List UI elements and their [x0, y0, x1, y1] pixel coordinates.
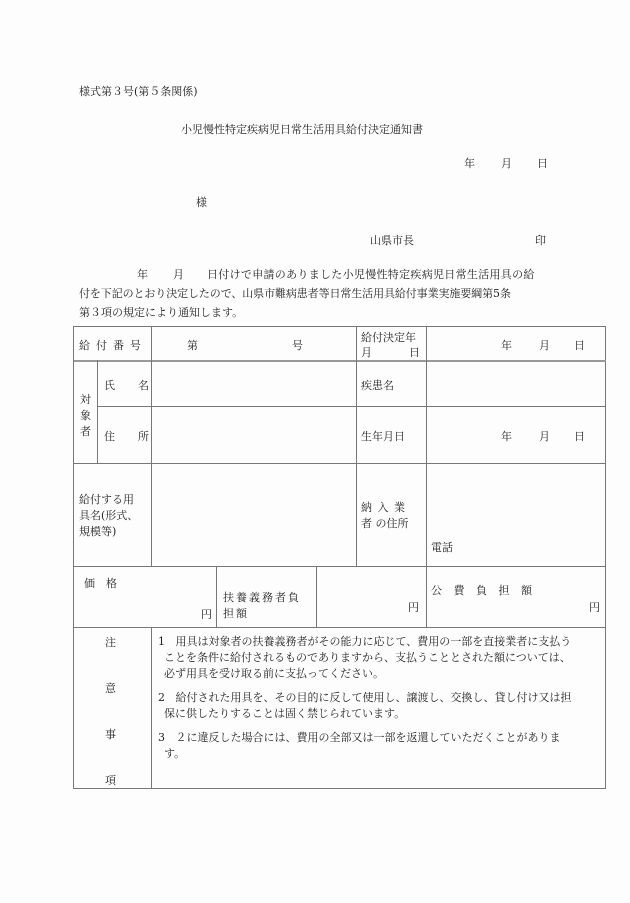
col-divider — [316, 566, 317, 627]
note-1-number: 1 — [158, 635, 165, 648]
phone-label: 電話 — [431, 539, 453, 555]
notes-label-3: 事 — [105, 726, 116, 742]
subject-label-1: 対 — [80, 391, 91, 407]
guardian-share-label-1: 扶養義務者負 — [223, 589, 301, 605]
note-3-line-1: ２に違反した場合には、費用の全部又は一部を返還していただくことがありま — [176, 731, 561, 744]
form-number: 様式第３号(第５条関係) — [79, 83, 198, 99]
subject-label-2: 象 — [80, 407, 91, 423]
col-divider — [216, 566, 217, 627]
birthdate-month: 月 — [539, 428, 550, 444]
notes-label-2: 意 — [105, 680, 116, 696]
decision-date-day: 日 — [574, 337, 585, 353]
date-month: 月 — [501, 155, 512, 171]
row-divider — [74, 360, 606, 362]
body-date-year: 年 — [137, 266, 148, 282]
note-1-line-2: ことを条件に給付されるものでありますから、支払うこととされた額については、 — [158, 650, 606, 666]
col-divider — [356, 327, 357, 566]
subject-label-3: 者 — [80, 423, 91, 439]
col-divider — [151, 327, 152, 566]
decision-date-month: 月 — [539, 337, 550, 353]
note-2-line-2: 保に供したりすることは固く禁じられています。 — [158, 706, 606, 722]
price-yen: 円 — [201, 606, 212, 622]
col-divider — [151, 627, 152, 789]
row-divider — [74, 627, 606, 628]
supplier-label-1: 納 入 業 — [361, 499, 406, 515]
note-3-line-2: す。 — [158, 746, 606, 762]
public-share-yen: 円 — [589, 599, 600, 615]
grant-number-suffix: 号 — [292, 337, 303, 353]
decision-date-label-day: 日 — [409, 344, 420, 360]
guardian-share-label-2: 担額 — [223, 605, 249, 621]
note-1-line-3: 必ず用具を受け取る前に支払ってください。 — [158, 666, 606, 682]
row-divider — [97, 406, 606, 407]
birthdate-year: 年 — [501, 428, 512, 444]
equipment-label-3: 規模等) — [79, 523, 116, 539]
grant-number-label: 給付番号 — [79, 337, 147, 353]
decision-date-year: 年 — [501, 337, 512, 353]
date-day: 日 — [537, 155, 548, 171]
note-1-line-1: 用具は対象者の扶養義務者がその能力に応じて、費用の一部を直接業者に支払う — [176, 635, 572, 648]
note-2-number: 2 — [158, 691, 165, 704]
birthdate-label: 生年月日 — [361, 428, 405, 444]
name-label-1: 氏 — [104, 377, 115, 393]
recipient-suffix: 様 — [196, 194, 207, 210]
name-label-2: 名 — [138, 377, 149, 393]
guardian-share-yen: 円 — [408, 599, 419, 615]
col-divider — [97, 360, 98, 463]
decision-date-label-month: 月 — [361, 344, 372, 360]
notes-label-4: 項 — [105, 772, 116, 788]
birthdate-day: 日 — [574, 428, 585, 444]
note-1: 1 用具は対象者の扶養義務者がその能力に応じて、費用の一部を直接業者に支払う こ… — [158, 634, 606, 682]
grant-table: 給付番号 第 号 給付決定年 月 日 年 月 日 対 象 者 氏 名 疾患名 住… — [73, 326, 606, 789]
note-2: 2 給付された用具を、その目的に反して使用し、譲渡し、交換し、貸し付け又は担 保… — [158, 690, 606, 722]
date-year: 年 — [464, 155, 475, 171]
issuer: 山県市長 — [370, 232, 414, 248]
equipment-label-2: 具名(形式、 — [79, 507, 138, 523]
supplier-label-2: 者 の住所 — [361, 515, 409, 531]
equipment-label-1: 給付する用 — [79, 491, 134, 507]
body-line-2: 付を下記のとおり決定したので、山県市難病患者等日常生活用具給付事業実施要綱第5条 — [79, 285, 511, 301]
notes-label-1: 注 — [105, 634, 116, 650]
address-label-2: 所 — [138, 428, 149, 444]
address-label-1: 住 — [104, 428, 115, 444]
note-3: 3 ２に違反した場合には、費用の全部又は一部を返還していただくことがありま す。 — [158, 730, 606, 762]
body-line-1: 日付けで申請のありました小児慢性特定疾病児日常生活用具の給 — [207, 266, 535, 282]
disease-label: 疾患名 — [361, 377, 394, 393]
seal-mark: 印 — [535, 232, 546, 248]
note-3-number: 3 — [158, 731, 165, 744]
body-date-month: 月 — [173, 266, 184, 282]
body-line-3: 第３項の規定により通知します。 — [79, 304, 243, 320]
row-divider — [74, 566, 606, 567]
decision-date-label: 給付決定年 — [361, 329, 416, 345]
price-label: 価 格 — [84, 575, 117, 591]
document-title: 小児慢性特定疾病児日常生活用具給付決定通知書 — [181, 121, 423, 137]
note-2-line-1: 給付された用具を、その目的に反して使用し、譲渡し、交換し、貸し付け又は担 — [176, 691, 572, 704]
row-divider — [74, 463, 606, 464]
col-divider — [426, 327, 427, 627]
grant-number-prefix: 第 — [187, 337, 198, 353]
public-share-label: 公 費 負 担 額 — [431, 582, 536, 598]
